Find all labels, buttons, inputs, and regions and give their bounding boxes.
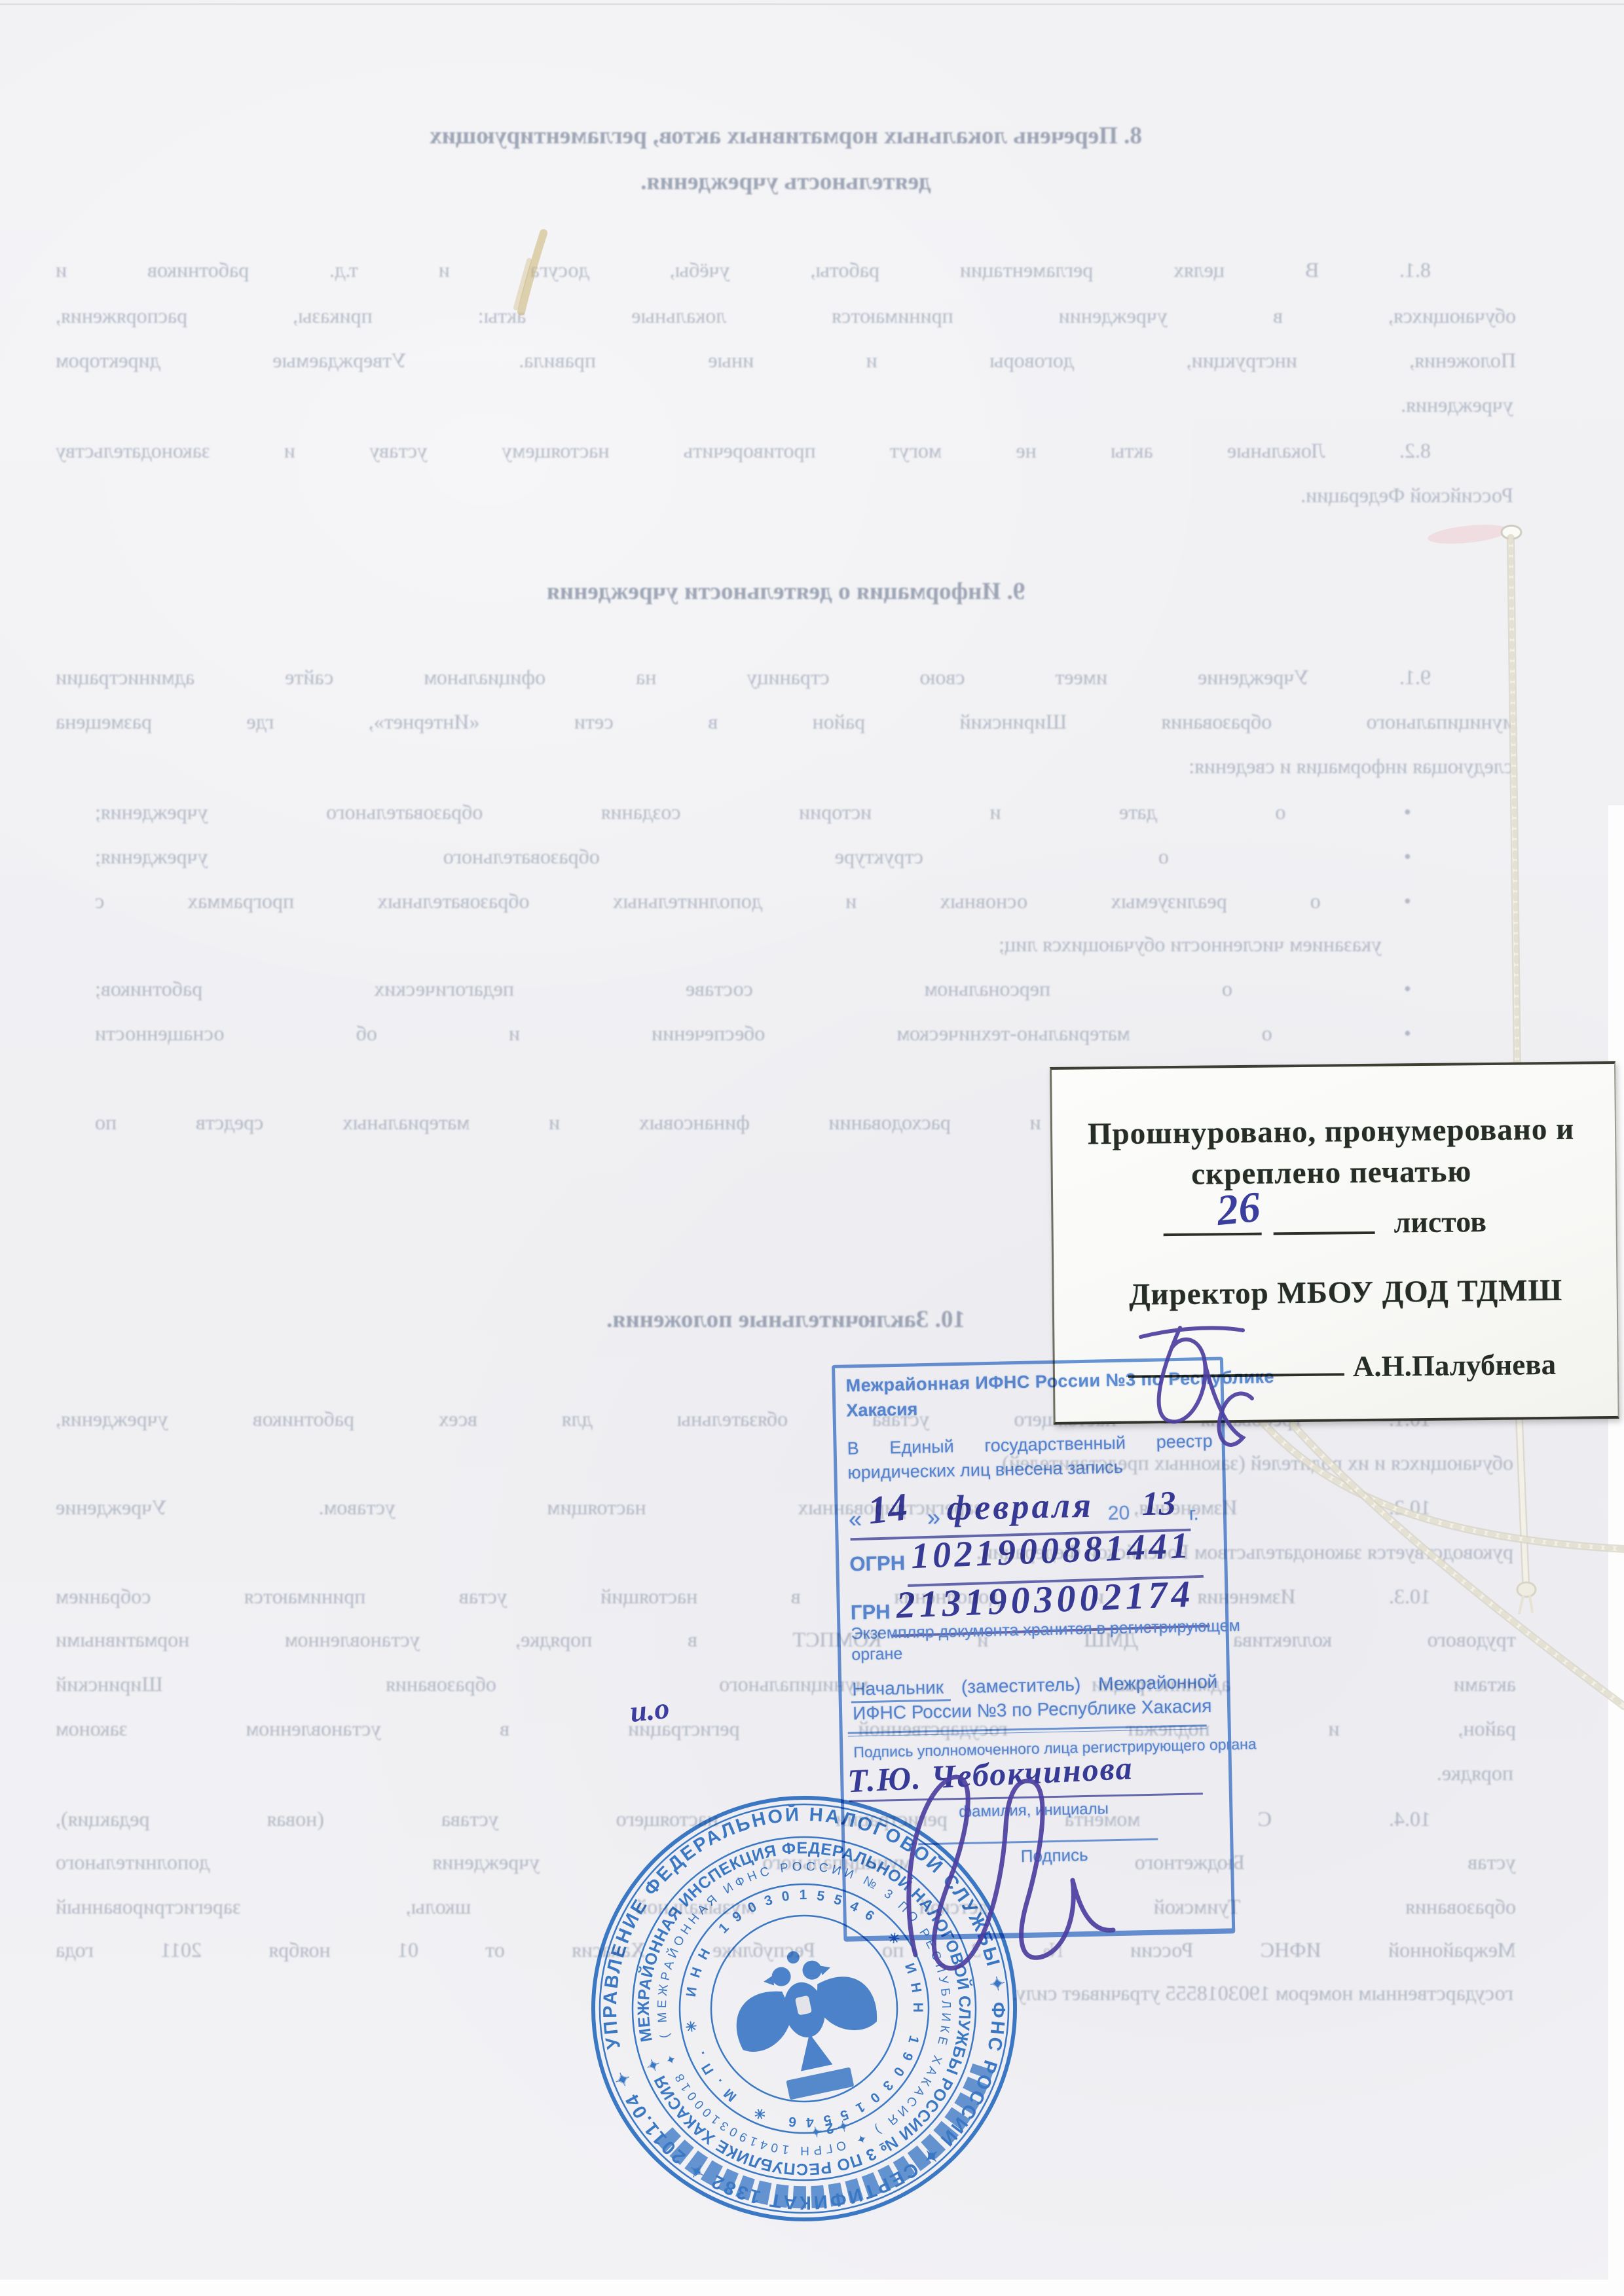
date-close-quote: » xyxy=(927,1504,940,1531)
date-century-printed: 20 xyxy=(1107,1503,1130,1525)
thread-knot-strand-shadow xyxy=(1519,1419,1526,1581)
bleed-line: 10.2. Изменения, зарегистрированных наст… xyxy=(56,1495,1516,1520)
bleed-line: 8.1. В целях регламентации работы, учёбы… xyxy=(56,258,1516,282)
scan-edge-bottom xyxy=(0,2280,1624,2296)
io-handwritten-note: и.о xyxy=(628,1690,671,1729)
bleed-line: следующая информация и сведения: xyxy=(56,754,1516,778)
thread-knot-tuft xyxy=(1519,1596,1532,1613)
label-line1: Прошнуровано, пронумеровано и xyxy=(1052,1111,1610,1152)
scan-edge-right xyxy=(1608,805,1624,2296)
date-month-handwritten: февраля xyxy=(946,1485,1094,1529)
bleed-line: Российской Федерации. xyxy=(56,483,1516,507)
label-line2: скреплено печатью xyxy=(1052,1152,1610,1194)
bleed-line: 8.2. Локальные акты не могут противоречи… xyxy=(56,439,1516,463)
seal-bottom-block xyxy=(786,2067,854,2100)
bleed-line: 10.3. Изменения и дополнения в настоящий… xyxy=(56,1584,1516,1609)
scanned-page: 8. Перечень локальных нормативных актов,… xyxy=(0,0,1624,2296)
count-underline-2 xyxy=(1274,1231,1375,1235)
bleed-line: обучающихся и их родителей (законных пре… xyxy=(56,1451,1516,1475)
round-tax-seal: УПРАВЛЕНИЕ ФЕДЕРАЛЬНОЙ НАЛОГОВОЙ СЛУЖБЫ … xyxy=(575,1779,1033,2238)
bleed-line: Положения, инструкции, договоры и иные п… xyxy=(56,348,1516,373)
bleed-line: • о материально-техническом обеспечении … xyxy=(56,1021,1516,1046)
stamp-register-line1: В Единый государственный реестр xyxy=(847,1431,1213,1459)
stamp-register-line2: юридических лиц внесена запись xyxy=(847,1455,1213,1484)
bleed-line: руководствуется законодательством Россий… xyxy=(56,1540,1516,1564)
stamp-podpis-caption: Подпись xyxy=(1020,1842,1221,1867)
bleed-line: 9.1. Учреждение имеет свою страницу на о… xyxy=(56,665,1516,689)
thread-knot-strand xyxy=(1519,1419,1526,1581)
bleed-line: муниципального образования Ширинский рай… xyxy=(56,710,1516,734)
stamp-head-line1: Начальник (заместитель) Межрайонной xyxy=(852,1671,1218,1700)
bleed-line: указанием численности обучающихся лиц; xyxy=(56,932,1516,957)
grn-label: ГРН xyxy=(851,1600,891,1624)
date-day-handwritten: 14 xyxy=(866,1484,910,1533)
bleed-line: • о дате и истории создания образователь… xyxy=(56,800,1516,824)
bleed-line: 8. Перечень локальных нормативных актов,… xyxy=(56,122,1516,150)
stamp-authority-line2: Хакасия xyxy=(846,1393,1212,1421)
bleed-line: • о персональном составе педагогических … xyxy=(56,977,1516,1001)
bleed-line: • о структуре образовательного учреждени… xyxy=(56,845,1516,869)
date-year-suffix: г. xyxy=(1189,1503,1199,1524)
ogrn-label: ОГРН xyxy=(849,1552,906,1576)
bleed-line: актами администрации муниципального обра… xyxy=(56,1672,1516,1696)
stamp-authority-line1: Межрайонная ИФНС России №3 по Республике xyxy=(845,1368,1211,1396)
bleed-line: • о реализуемых основных и дополнительны… xyxy=(56,889,1516,913)
thread-knot xyxy=(1517,1582,1536,1597)
label-director-name: А.Н.Палубнева xyxy=(1353,1347,1557,1383)
bleed-line: район, и подлежат государственной регист… xyxy=(56,1717,1516,1741)
bleed-line: трудового коллектива ДМШ и КОМПСТ в поря… xyxy=(56,1628,1516,1652)
label-sheet-count-handwritten: 26 xyxy=(1215,1182,1263,1236)
bleed-line: учреждения. xyxy=(56,393,1516,417)
bleed-line: деятельность учреждения. xyxy=(56,168,1516,196)
label-director-line: Директор МБОУ ДОД ТДМШ xyxy=(1054,1272,1612,1313)
date-open-quote: « xyxy=(848,1505,862,1533)
count-underline xyxy=(1164,1233,1262,1237)
double-headed-eagle-emblem xyxy=(723,1937,885,2083)
label-sheets-word: листов xyxy=(1393,1204,1486,1239)
date-year-handwritten: 13 xyxy=(1141,1484,1176,1523)
bleed-line: обучающихся, в учреждении принимаются ло… xyxy=(56,304,1516,328)
bleed-line: 9. Информация о деятельности учреждения xyxy=(56,577,1516,606)
